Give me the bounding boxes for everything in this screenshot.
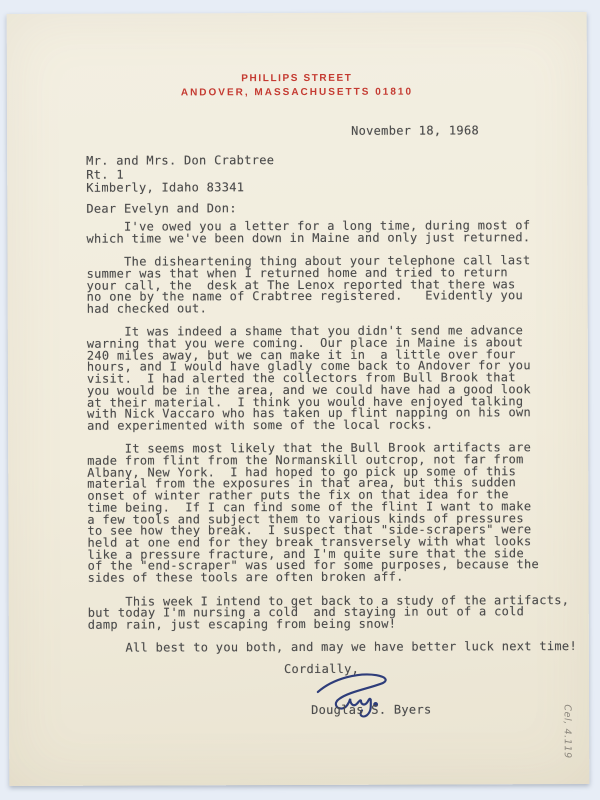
recipient-address: Mr. and Mrs. Don Crabtree Rt. 1 Kimberly… [86,154,274,195]
letter-body: I've owed you a letter for a long time, … [86,220,577,655]
scanner-background: { "letterhead": { "line1": "PHILLIPS STR… [0,0,600,800]
date-line: November 18, 1968 [351,125,479,137]
letterhead: PHILLIPS STREET ANDOVER, MASSACHUSETTS 0… [7,72,587,99]
typed-signature-name: Douglas S. Byers [311,705,431,717]
letterhead-city-line: ANDOVER, MASSACHUSETTS 01810 [7,86,587,99]
letterhead-street-line: PHILLIPS STREET [7,72,587,85]
letter-page: PHILLIPS STREET ANDOVER, MASSACHUSETTS 0… [7,12,590,786]
salutation: Dear Evelyn and Don: [86,203,237,215]
margin-catalog-annotation: Cel, 4.119 [560,700,573,764]
